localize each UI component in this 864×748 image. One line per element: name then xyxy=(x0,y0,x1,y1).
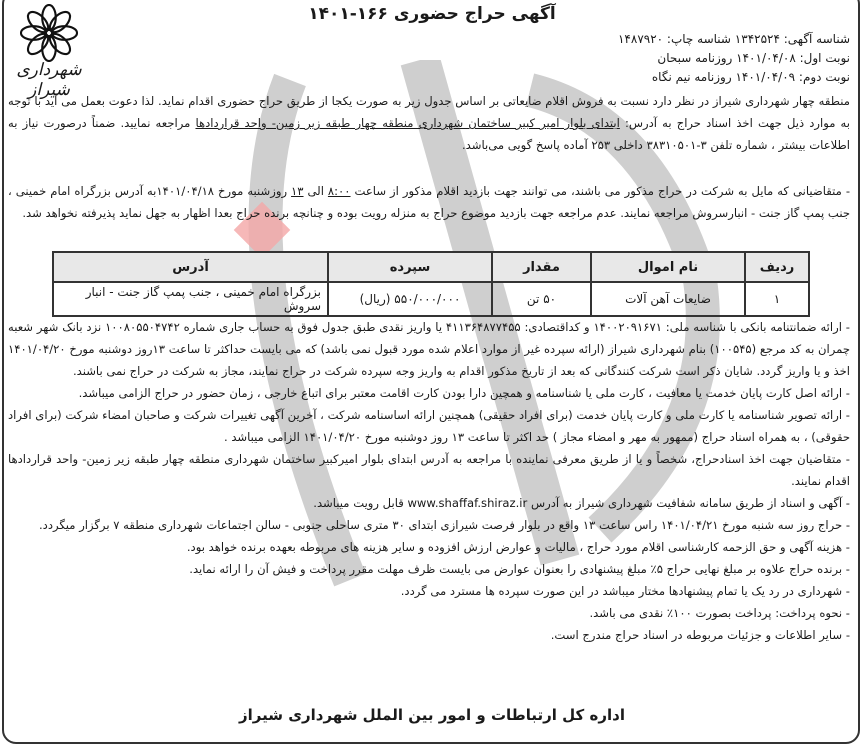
table-header-row: ردیف نام اموال مقدار سپرده آدرس xyxy=(53,252,809,282)
cell-row-num: ۱ xyxy=(745,282,809,316)
visit-text-mid: الی xyxy=(304,184,328,198)
visit-paragraph: - متقاضیانی که مایل به شرکت در حراج مذکو… xyxy=(8,180,850,224)
intro-address: ابتدای بلوار امیر کبیر ساختمان شهرداری م… xyxy=(195,116,619,130)
cell-quantity: ۵۰ تن xyxy=(492,282,591,316)
condition-item: - ارائه اصل کارت پایان خدمت یا معافیت ، … xyxy=(8,382,850,404)
condition-item: - حراج روز سه شنبه مورخ ۱۴۰۱/۰۴/۲۱ راس س… xyxy=(8,514,850,536)
condition-item: - ارائه تصویر شناسنامه یا کارت ملی و کار… xyxy=(8,404,850,448)
cell-deposit: ۵۵۰/۰۰۰/۰۰۰ (ریال) xyxy=(328,282,492,316)
ad-meta: شناسه آگهی: ۱۳۴۲۵۲۴ شناسه چاپ: ۱۴۸۷۹۲۰ ن… xyxy=(618,30,850,87)
visit-time-to: ۱۳ xyxy=(291,184,303,198)
condition-item: - ارائه ضمانتنامه بانکی با شناسه ملی: ۱۴… xyxy=(8,316,850,382)
col-header-deposit: سپرده xyxy=(328,252,492,282)
condition-item: - شهرداری در رد یک یا تمام پیشنهادها مخت… xyxy=(8,580,850,602)
condition-item: - سایر اطلاعات و جزئیات مربوطه در اسناد … xyxy=(8,624,850,646)
second-round: نوبت دوم: ۱۴۰۱/۰۴/۰۹ روزنامه نیم نگاه xyxy=(618,68,850,87)
conditions-list: - ارائه ضمانتنامه بانکی با شناسه ملی: ۱۴… xyxy=(8,316,850,646)
col-header-item-name: نام اموال xyxy=(591,252,745,282)
footer-signature: اداره کل ارتباطات و امور بین الملل شهردا… xyxy=(0,706,864,724)
intro-paragraph: منطقه چهار شهرداری شیراز در نظر دارد نسب… xyxy=(8,90,850,156)
condition-item: - برنده حراج علاوه بر مبلغ نهایی حراج ۵٪… xyxy=(8,558,850,580)
condition-item-website: - آگهی و اسناد از طریق سامانه شفافیت شهر… xyxy=(8,492,850,514)
visit-time-from: ۸:۰۰ xyxy=(328,184,351,198)
visit-text-a: - متقاضیانی که مایل به شرکت در حراج مذکو… xyxy=(351,184,850,198)
cell-address: بزرگراه امام خمینی ، جنب پمپ گاز جنت - ا… xyxy=(53,282,328,316)
table-row: ۱ ضایعات آهن آلات ۵۰ تن ۵۵۰/۰۰۰/۰۰۰ (ریا… xyxy=(53,282,809,316)
col-header-address: آدرس xyxy=(53,252,328,282)
condition-item: - هزینه آگهی و حق الزحمه کارشناسی اقلام … xyxy=(8,536,850,558)
items-table: ردیف نام اموال مقدار سپرده آدرس ۱ ضایعات… xyxy=(52,251,810,317)
cell-item-name: ضایعات آهن آلات xyxy=(591,282,745,316)
condition-item: - نحوه پرداخت: پرداخت بصورت ۱۰۰٪ نقدی می… xyxy=(8,602,850,624)
col-header-quantity: مقدار xyxy=(492,252,591,282)
ad-id-line: شناسه آگهی: ۱۳۴۲۵۲۴ شناسه چاپ: ۱۴۸۷۹۲۰ xyxy=(618,30,850,49)
first-round: نوبت اول: ۱۴۰۱/۰۴/۰۸ روزنامه سبحان xyxy=(618,49,850,68)
col-header-row-num: ردیف xyxy=(745,252,809,282)
page-title: آگهی حراج حضوری ۱۶۶-۱۴۰۱ xyxy=(0,4,864,24)
condition-item: - متقاضیان جهت اخذ اسنادحراج، شخصاً و یا… xyxy=(8,448,850,492)
